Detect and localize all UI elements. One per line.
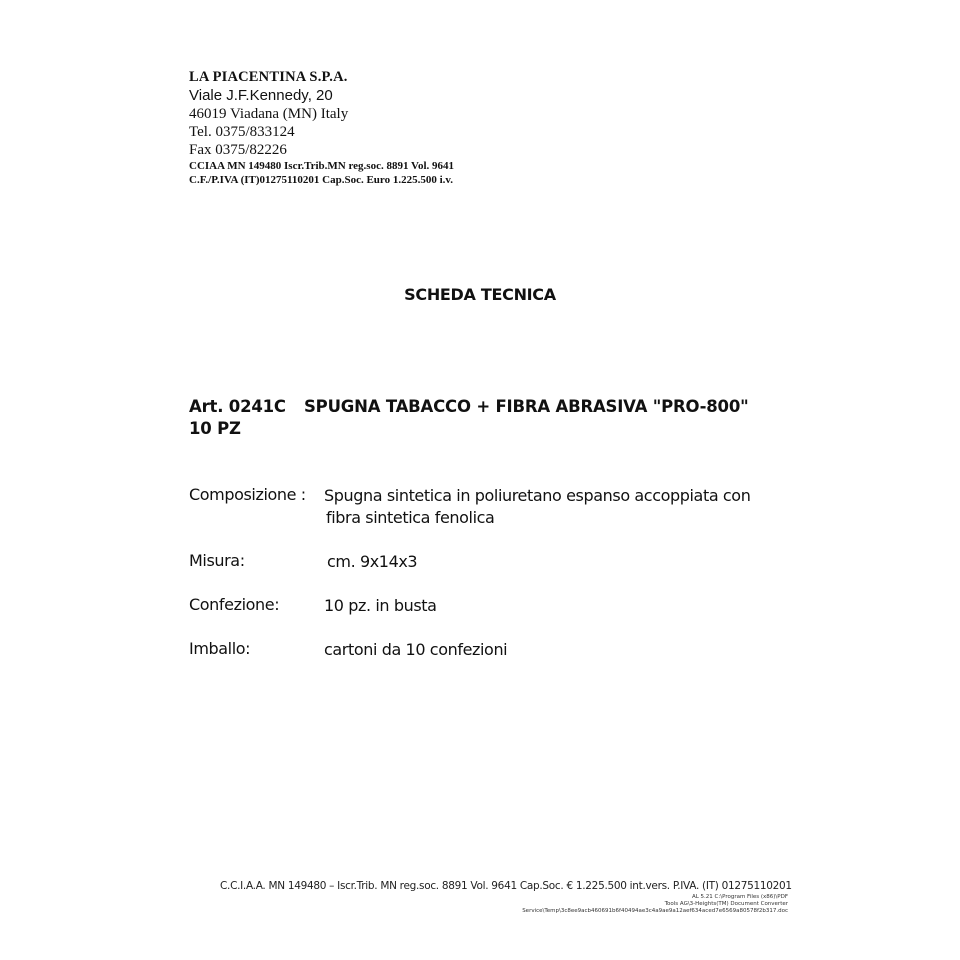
company-tel: Tel. 0375/833124 [189,123,454,141]
spec-label: Misura: [189,551,245,570]
company-name: LA PIACENTINA S.P.A. [189,68,454,87]
spec-value: Spugna sintetica in poliuretano espanso … [324,485,750,529]
spec-value-line: fibra sintetica fenolica [324,507,750,529]
article-heading: Art. 0241CSPUGNA TABACCO + FIBRA ABRASIV… [189,396,749,440]
company-city: 46019 Viadana (MN) Italy [189,105,454,123]
spec-label: Composizione : [189,485,306,504]
footer-path-line: AL 5.21 C:\Program Files (x86)\PDF [692,894,788,900]
company-registry: CCIAA MN 149480 Iscr.Trib.MN reg.soc. 88… [189,159,454,173]
footer-path-line: Tools AG\3-Heights(TM) Document Converte… [665,901,788,907]
company-tax-info: C.F./P.IVA (IT)01275110201 Cap.Soc. Euro… [189,173,454,187]
article-name: SPUGNA TABACCO + FIBRA ABRASIVA "PRO-800… [304,397,749,416]
company-address: Viale J.F.Kennedy, 20 [189,87,454,105]
spec-label: Confezione: [189,595,279,614]
company-header: LA PIACENTINA S.P.A. Viale J.F.Kennedy, … [189,68,454,187]
document-title: SCHEDA TECNICA [0,285,960,304]
article-code: Art. 0241C [189,396,304,418]
footer-legal-text: C.C.I.A.A. MN 149480 – Iscr.Trib. MN reg… [220,880,792,892]
spec-value-line: Spugna sintetica in poliuretano espanso … [324,485,750,507]
spec-value: cartoni da 10 confezioni [324,639,507,661]
article-quantity: 10 PZ [189,418,749,440]
spec-label: Imballo: [189,639,250,658]
company-fax: Fax 0375/82226 [189,141,454,159]
spec-value: cm. 9x14x3 [327,551,417,573]
footer-path-line: Service\Temp\3c8ee9acb460691b6f40494ae3c… [522,908,788,914]
spec-value: 10 pz. in busta [324,595,437,617]
document-page: LA PIACENTINA S.P.A. Viale J.F.Kennedy, … [0,0,960,960]
